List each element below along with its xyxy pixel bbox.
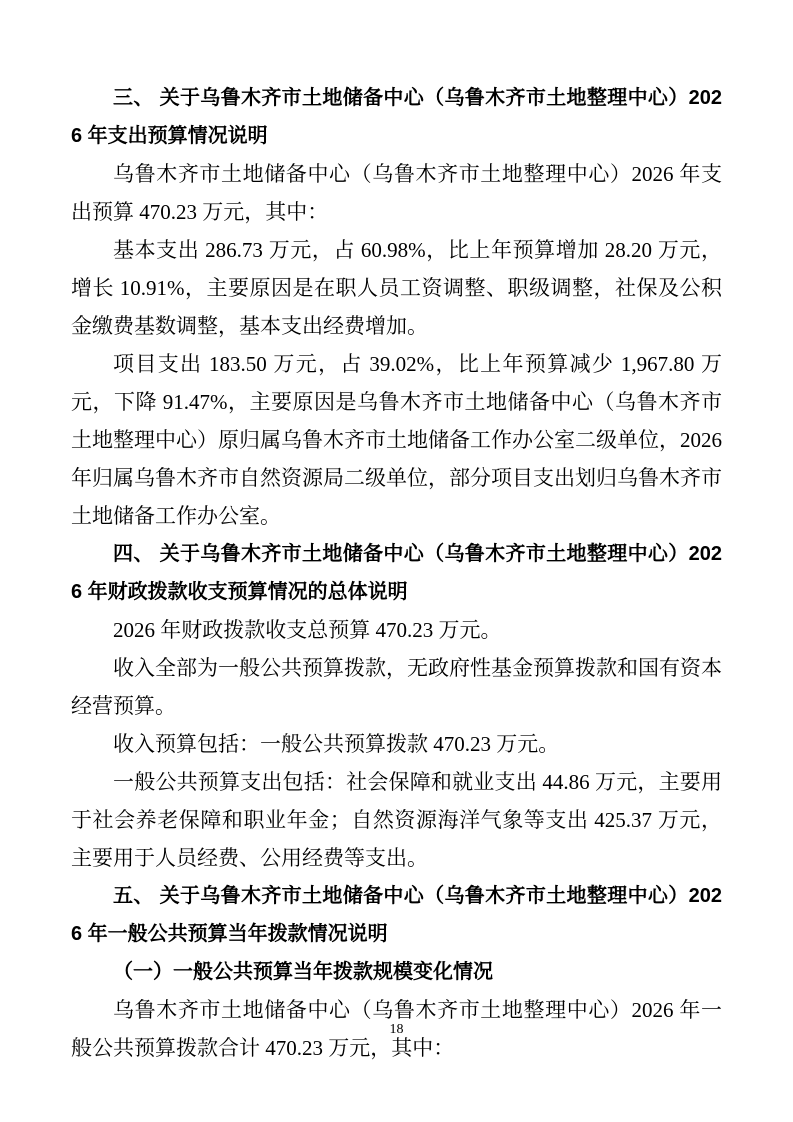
paragraph: 基本支出 286.73 万元，占 60.98%，比上年预算增加 28.20 万元…	[71, 231, 722, 345]
section-heading-3: 三、 关于乌鲁木齐市土地储备中心（乌鲁木齐市土地整理中心）2026 年支出预算情…	[71, 79, 722, 155]
subsection-heading-5-1: （一）一般公共预算当年拨款规模变化情况	[71, 953, 722, 991]
paragraph: 收入预算包括：一般公共预算拨款 470.23 万元。	[71, 725, 722, 763]
paragraph: 一般公共预算支出包括：社会保障和就业支出 44.86 万元，主要用于社会养老保障…	[71, 763, 722, 877]
paragraph: 2026 年财政拨款收支总预算 470.23 万元。	[71, 611, 722, 649]
paragraph: 乌鲁木齐市土地储备中心（乌鲁木齐市土地整理中心）2026 年支出预算 470.2…	[71, 155, 722, 231]
paragraph: 项目支出 183.50 万元，占 39.02%，比上年预算减少 1,967.80…	[71, 345, 722, 535]
section-heading-4: 四、 关于乌鲁木齐市土地储备中心（乌鲁木齐市土地整理中心）2026 年财政拨款收…	[71, 535, 722, 611]
paragraph: 收入全部为一般公共预算拨款，无政府性基金预算拨款和国有资本经营预算。	[71, 649, 722, 725]
section-heading-5: 五、 关于乌鲁木齐市土地储备中心（乌鲁木齐市土地整理中心）2026 年一般公共预…	[71, 877, 722, 953]
page-number: 18	[0, 1022, 793, 1038]
document-page: 三、 关于乌鲁木齐市土地储备中心（乌鲁木齐市土地整理中心）2026 年支出预算情…	[0, 0, 793, 1122]
